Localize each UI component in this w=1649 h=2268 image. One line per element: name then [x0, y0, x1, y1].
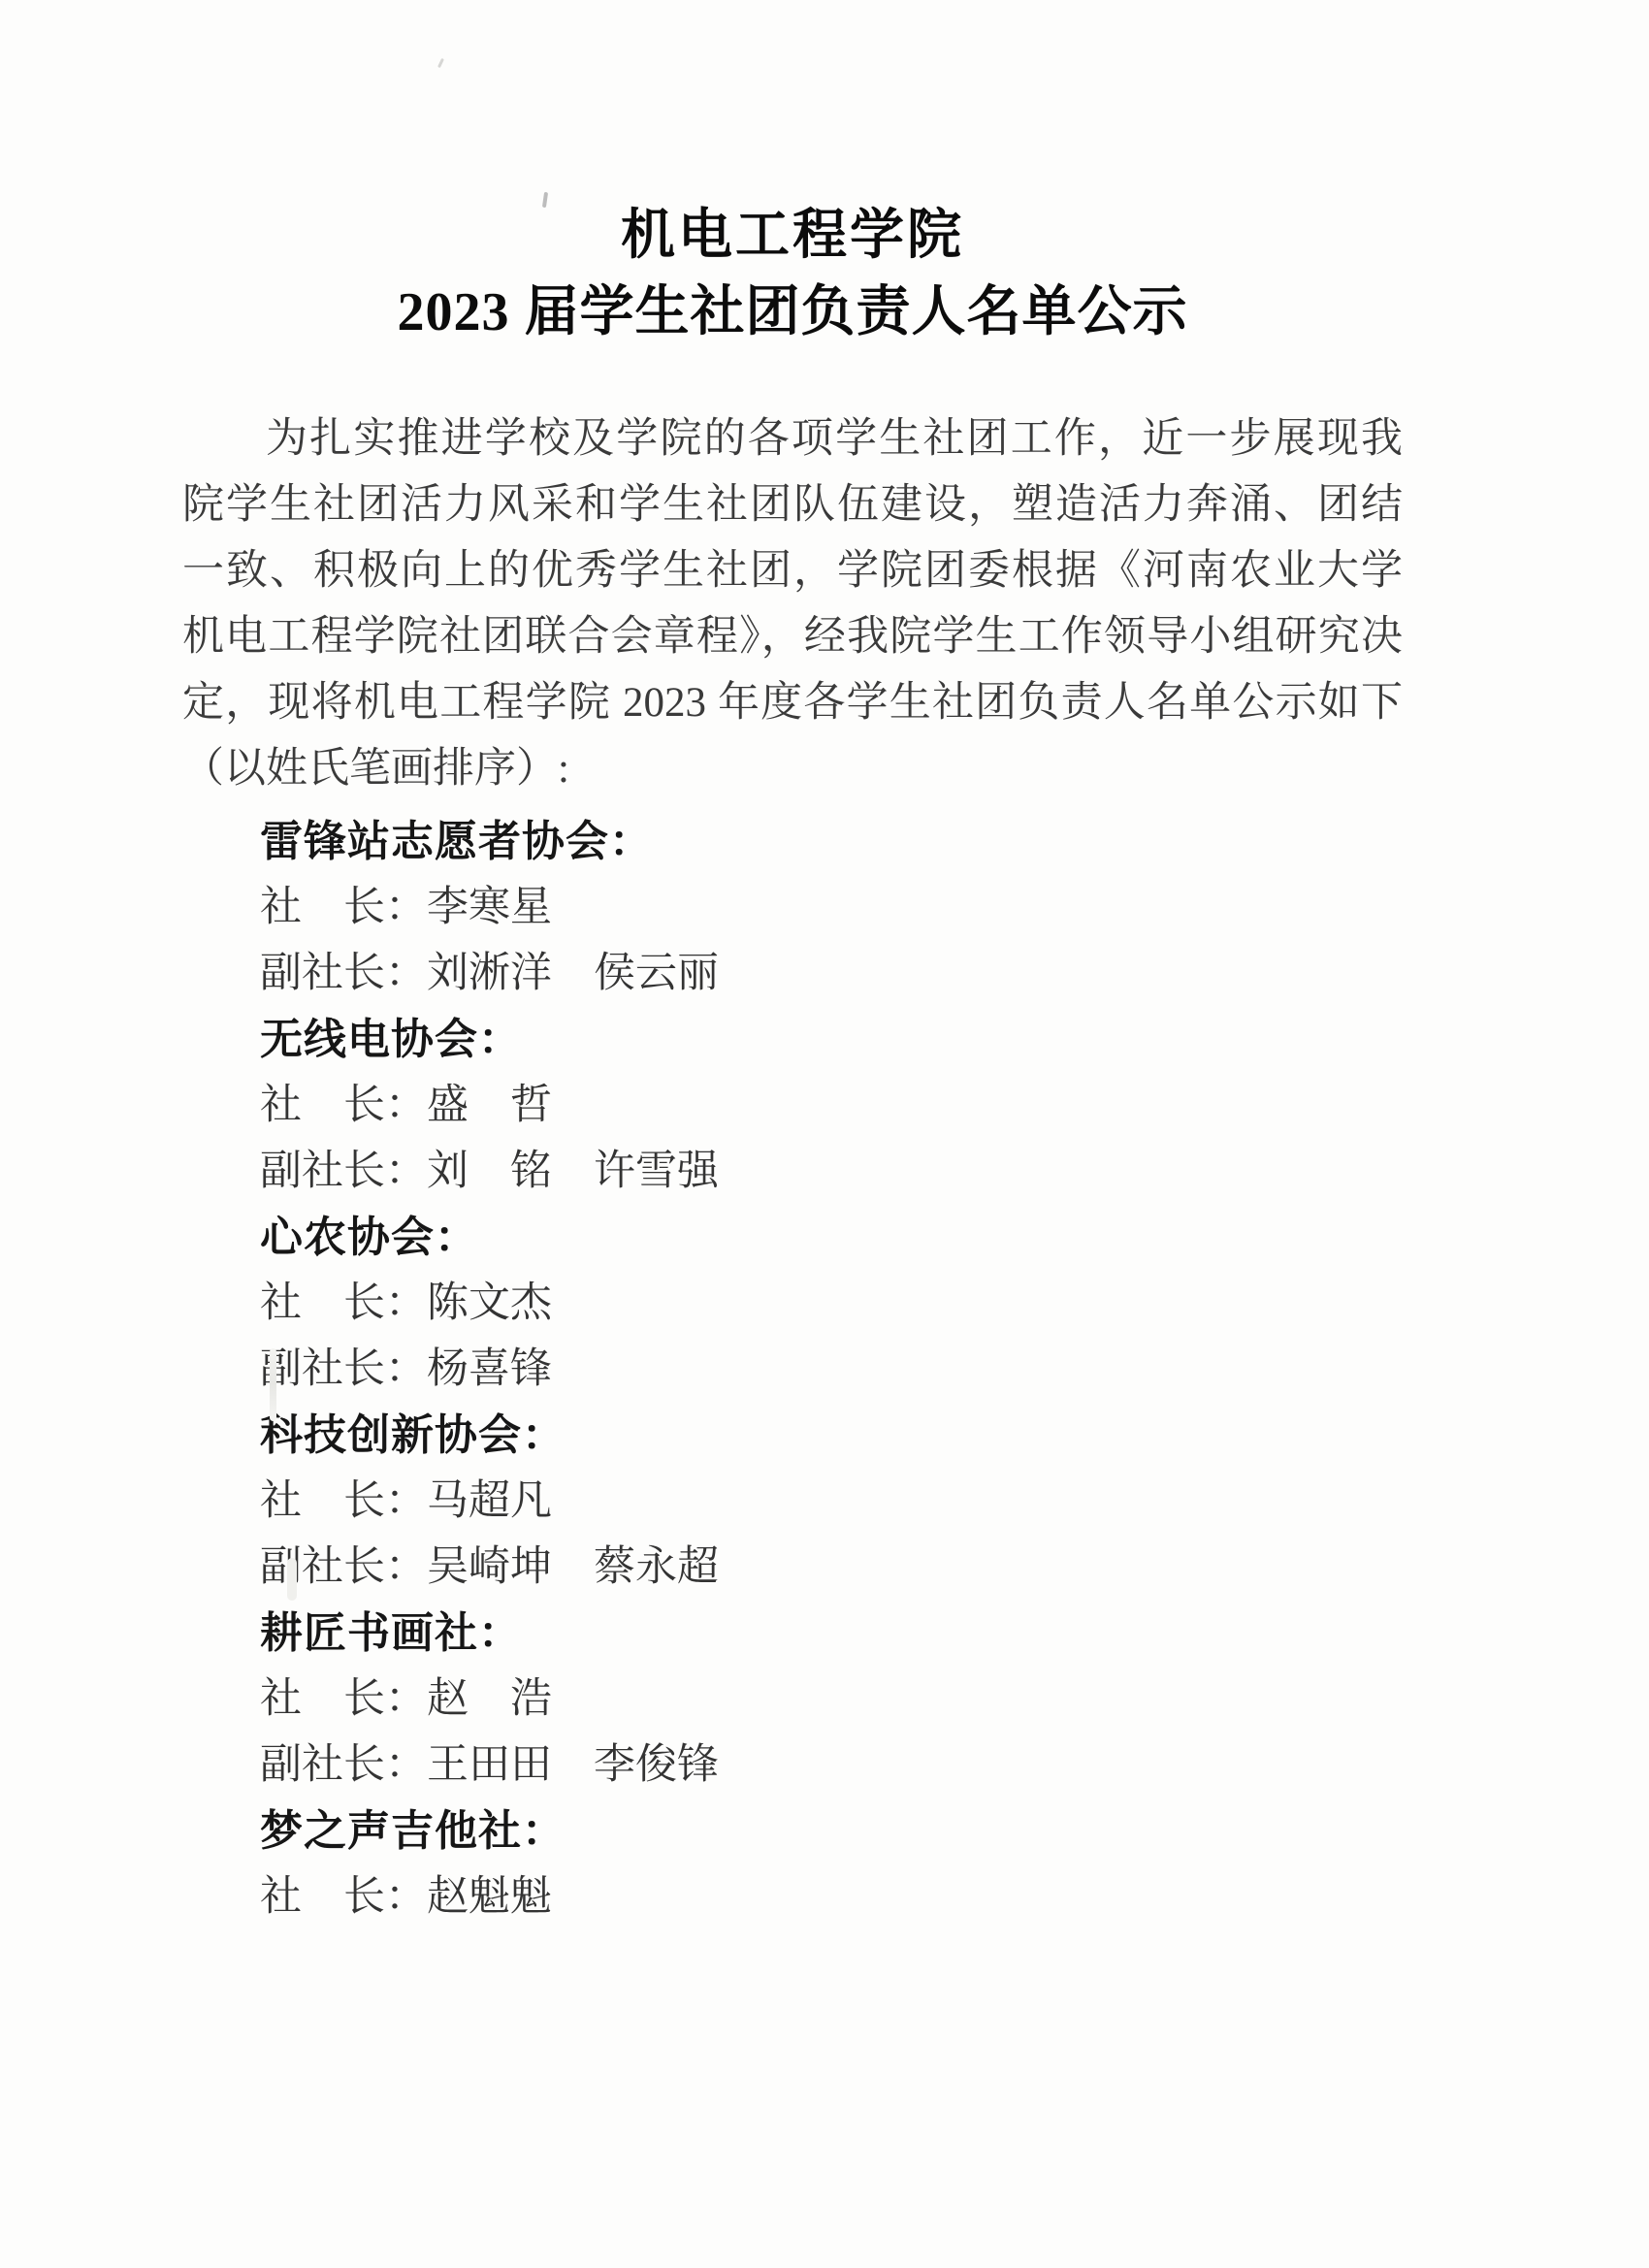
president-label: 社 长： — [260, 1478, 427, 1524]
club-name: 科技创新协会： — [260, 1403, 1403, 1469]
president-line: 社 长：盛 哲 — [260, 1073, 1403, 1139]
vice-president-label: 副社长： — [260, 1544, 427, 1590]
intro-line-2: 院学生社团活力风采和学生社团队伍建设，塑造活力奔涌、团结 — [182, 472, 1403, 538]
president-name: 陈文杰 — [427, 1280, 552, 1326]
club-name: 心农协会： — [260, 1205, 1403, 1271]
intro-line-6: （以姓氏笔画排序）: — [182, 736, 1403, 802]
club-section-mengzhisheng: 梦之声吉他社： 社 长：赵魁魁 — [260, 1798, 1403, 1930]
president-name: 赵魁魁 — [427, 1874, 552, 1920]
title-line-1: 机电工程学院 — [182, 199, 1403, 273]
club-name: 无线电协会： — [260, 1007, 1403, 1073]
vice-president-line: 副社长：刘 铭 许雪强 — [260, 1139, 1403, 1205]
vice-president-names: 吴崎坤 蔡永超 — [427, 1544, 719, 1590]
title-line-2: 2023 届学生社团负责人名单公示 — [182, 273, 1403, 352]
vice-president-names: 刘 铭 许雪强 — [427, 1149, 719, 1194]
document-content: 机电工程学院 2023 届学生社团负责人名单公示 为扎实推进学校及学院的各项学生… — [182, 199, 1403, 1930]
club-name: 雷锋站志愿者协会： — [260, 809, 1403, 875]
club-name: 梦之声吉他社： — [260, 1798, 1403, 1864]
vice-president-line: 副社长：杨喜锋 — [260, 1337, 1403, 1403]
club-section-leifengzhan: 雷锋站志愿者协会： 社 长：李寒星 副社长：刘淅洋 侯云丽 — [260, 809, 1403, 1007]
intro-paragraph: 为扎实推进学校及学院的各项学生社团工作，近一步展现我 院学生社团活力风采和学生社… — [182, 406, 1403, 802]
vice-president-line: 副社长：王田田 李俊锋 — [260, 1733, 1403, 1798]
intro-line-1: 为扎实推进学校及学院的各项学生社团工作，近一步展现我 — [182, 406, 1403, 472]
president-label: 社 长： — [260, 1280, 427, 1326]
president-line: 社 长：赵魁魁 — [260, 1864, 1403, 1930]
intro-line-3: 一致、积极向上的优秀学生社团，学院团委根据《河南农业大学 — [182, 538, 1403, 604]
president-name: 盛 哲 — [427, 1083, 552, 1128]
club-section-xinnong: 心农协会： 社 长：陈文杰 副社长：杨喜锋 — [260, 1205, 1403, 1403]
club-section-wuxiandian: 无线电协会： 社 长：盛 哲 副社长：刘 铭 许雪强 — [260, 1007, 1403, 1205]
club-list: 雷锋站志愿者协会： 社 长：李寒星 副社长：刘淅洋 侯云丽 无线电协会： 社 长… — [182, 809, 1403, 1930]
president-line: 社 长：陈文杰 — [260, 1271, 1403, 1337]
president-line: 社 长：赵 浩 — [260, 1667, 1403, 1733]
vice-president-label: 副社长： — [260, 1149, 427, 1194]
president-label: 社 长： — [260, 1083, 427, 1128]
club-section-gengjiangshuhua: 耕匠书画社： 社 长：赵 浩 副社长：王田田 李俊锋 — [260, 1601, 1403, 1798]
president-name: 马超凡 — [427, 1478, 552, 1524]
president-label: 社 长： — [260, 885, 427, 930]
president-name: 赵 浩 — [427, 1676, 552, 1722]
scanned-document-page: 机电工程学院 2023 届学生社团负责人名单公示 为扎实推进学校及学院的各项学生… — [0, 0, 1649, 2268]
club-name: 耕匠书画社： — [260, 1601, 1403, 1667]
club-section-kejichuangxin: 科技创新协会： 社 长：马超凡 副社长：吴崎坤 蔡永超 — [260, 1403, 1403, 1601]
president-label: 社 长： — [260, 1874, 427, 1920]
intro-line-5: 定，现将机电工程学院 2023 年度各学生社团负责人名单公示如下 — [182, 670, 1403, 736]
vice-president-line: 副社长：刘淅洋 侯云丽 — [260, 941, 1403, 1007]
intro-line-4: 机电工程学院社团联合会章程》，经我院学生工作领导小组研究决 — [182, 604, 1403, 670]
vice-president-names: 杨喜锋 — [427, 1346, 552, 1392]
vice-president-line: 副社长：吴崎坤 蔡永超 — [260, 1535, 1403, 1601]
scan-speck — [437, 58, 444, 68]
president-name: 李寒星 — [427, 885, 552, 930]
president-label: 社 长： — [260, 1676, 427, 1722]
vice-president-label: 副社长： — [260, 1346, 427, 1392]
president-line: 社 长：马超凡 — [260, 1469, 1403, 1535]
vice-president-names: 王田田 李俊锋 — [427, 1742, 719, 1788]
president-line: 社 长：李寒星 — [260, 875, 1403, 941]
vice-president-label: 副社长： — [260, 1742, 427, 1788]
vice-president-names: 刘淅洋 侯云丽 — [427, 951, 719, 996]
vice-president-label: 副社长： — [260, 951, 427, 996]
document-title: 机电工程学院 2023 届学生社团负责人名单公示 — [182, 199, 1403, 352]
